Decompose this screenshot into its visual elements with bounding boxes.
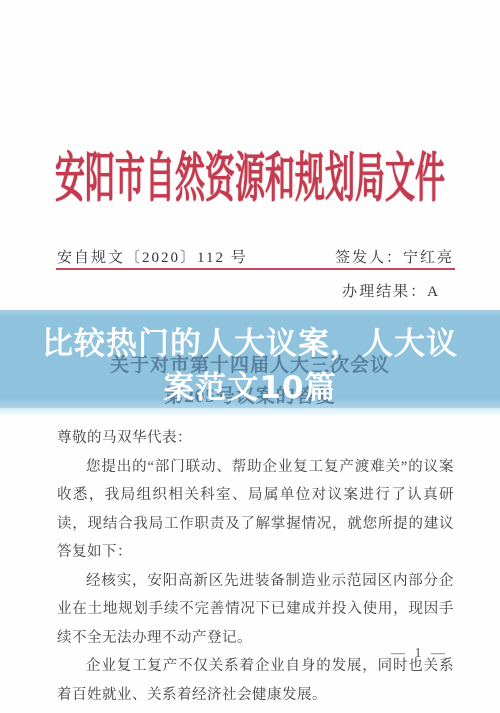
signer: 签发人：宁红亮 <box>335 246 454 267</box>
overlay-caption-line1: 比较热门的人大议案，人大议 <box>0 318 500 363</box>
document-body: 尊敬的马双华代表： 您提出的“部门联动、帮助企业复工复产渡难关”的议案收悉，我局… <box>57 424 454 709</box>
letterhead: 安阳市自然资源和规划局文件 <box>0 138 500 208</box>
result-row: 办理结果：A <box>57 280 440 301</box>
scanned-document-page: 安阳市自然资源和规划局文件 安自规文〔2020〕112 号 签发人：宁红亮 办理… <box>0 0 500 713</box>
body-paragraph-1: 您提出的“部门联动、帮助企业复工复产渡难关”的议案收悉，我局组织相关科室、局属单… <box>57 453 454 567</box>
page-number: — 1 — <box>391 646 448 662</box>
handling-result: 办理结果：A <box>342 284 440 300</box>
watermark-overlay-band: 关于对市第十四届人大三次会议 第205号议案的答复 比较热门的人大议案，人大议 … <box>0 310 500 408</box>
body-paragraph-2: 经核实，安阳高新区先进装备制造业示范园区内部分企业在土地规划手续不完善情况下已建… <box>57 567 454 653</box>
salutation: 尊敬的马双华代表： <box>57 424 454 453</box>
doc-number: 安自规文〔2020〕112 号 <box>57 246 248 267</box>
red-divider-rule <box>56 268 455 270</box>
doc-number-row: 安自规文〔2020〕112 号 签发人：宁红亮 <box>57 246 454 267</box>
letterhead-title: 安阳市自然资源和规划局文件 <box>55 134 445 212</box>
overlay-caption-line2: 案范文10篇 <box>0 362 500 407</box>
